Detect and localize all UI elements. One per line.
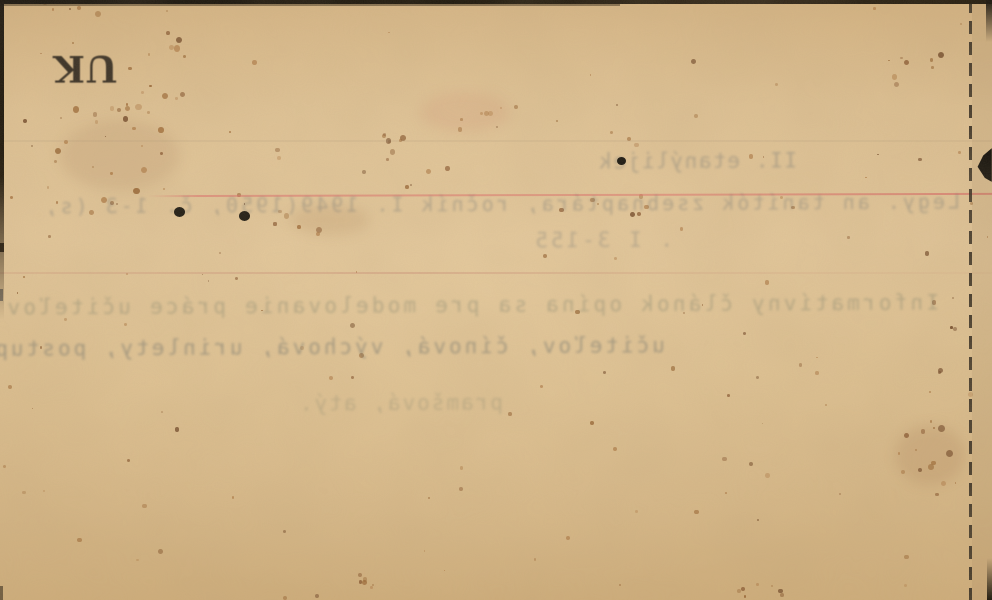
ghost-text-line: . I 3-155 — [533, 228, 673, 253]
speckle — [229, 131, 231, 133]
speckle — [232, 496, 234, 498]
scan-edge-right-top — [986, 0, 992, 42]
speckle — [351, 376, 354, 379]
speckle — [275, 148, 279, 152]
speckle — [958, 151, 961, 154]
speckle — [825, 404, 827, 406]
speckle — [127, 459, 130, 462]
speckle — [31, 145, 33, 147]
speckle — [680, 227, 684, 231]
speckle — [566, 536, 570, 540]
speckle — [363, 577, 368, 582]
speckle — [610, 131, 613, 134]
speckle — [931, 461, 936, 466]
speckle — [744, 595, 746, 597]
speckle — [925, 251, 929, 255]
speckle — [941, 481, 946, 486]
speckle — [603, 371, 606, 374]
scan-edge-left — [0, 0, 4, 320]
speckle — [635, 510, 638, 513]
speckle — [126, 273, 128, 275]
speckle — [756, 583, 759, 586]
speckle — [174, 45, 181, 52]
speckle — [208, 280, 210, 282]
speckle — [400, 135, 406, 141]
speckle — [362, 170, 366, 174]
speckle — [780, 593, 784, 597]
speckle — [960, 23, 962, 25]
speckle — [671, 366, 675, 370]
speckle — [938, 52, 944, 58]
speckle — [219, 252, 221, 254]
speckle — [141, 167, 147, 173]
speckle — [23, 276, 25, 278]
speckle — [627, 137, 631, 141]
speckle — [141, 91, 144, 94]
speckle — [514, 105, 518, 109]
speckle — [358, 573, 362, 577]
speckle — [158, 127, 163, 132]
speckle — [460, 466, 464, 470]
speckle — [48, 235, 51, 238]
speckle — [428, 497, 430, 499]
speckle — [158, 549, 163, 554]
speckle — [445, 166, 449, 170]
speckle — [496, 126, 498, 128]
speckle — [43, 490, 44, 491]
fold-shading — [972, 0, 992, 600]
speckle — [900, 57, 903, 60]
library-stamp-uk: UK — [52, 42, 118, 92]
speckle — [142, 504, 146, 508]
speckle — [727, 394, 730, 397]
speckle — [386, 138, 392, 144]
speckle — [386, 158, 389, 161]
speckle — [765, 280, 769, 284]
speckle — [749, 462, 753, 466]
speckle — [904, 555, 909, 560]
speckle — [162, 93, 168, 99]
speckle — [556, 120, 558, 122]
speckle — [938, 371, 941, 374]
speckle — [877, 154, 879, 156]
speckle — [315, 594, 319, 598]
speckle — [22, 491, 25, 494]
speckle — [370, 586, 373, 589]
speckle — [202, 274, 204, 276]
speckle — [52, 8, 54, 10]
speckle — [815, 371, 819, 375]
ghost-text-line: pramšová, atý. — [283, 390, 503, 415]
speckle — [95, 120, 98, 123]
speckle — [953, 327, 957, 331]
speckle — [383, 133, 386, 136]
speckle — [930, 420, 933, 423]
speckle — [176, 37, 182, 43]
speckle — [283, 596, 287, 600]
ghost-text-line: Legy. an tanítók zsebnaptára, ročník I. … — [8, 190, 960, 219]
speckle — [458, 127, 462, 131]
speckle — [273, 222, 276, 225]
speckle — [904, 433, 909, 438]
speckle — [405, 185, 409, 189]
speckle — [534, 558, 537, 561]
speckle — [132, 127, 135, 130]
speckle — [149, 85, 151, 87]
speckle — [722, 457, 727, 462]
ink-dot — [239, 211, 250, 221]
speckle — [616, 104, 618, 106]
speckle — [110, 106, 114, 110]
speckle — [543, 254, 547, 258]
speckle — [894, 82, 899, 87]
speckle — [147, 111, 150, 114]
speckle — [952, 297, 954, 299]
speckle — [614, 257, 617, 260]
speckle — [8, 385, 12, 389]
speckle — [161, 411, 163, 413]
speckle — [166, 10, 168, 12]
speckle — [743, 332, 746, 335]
speckle — [316, 232, 321, 237]
speckle — [123, 116, 128, 121]
scan-edge-top-fade — [0, 4, 620, 6]
speckle — [613, 447, 617, 451]
speckle — [918, 158, 922, 162]
speckle — [388, 32, 390, 34]
speckle — [935, 493, 939, 497]
speckle — [955, 482, 957, 484]
speckle — [77, 6, 81, 10]
speckle — [694, 510, 698, 514]
speckle — [691, 59, 696, 64]
speckle — [634, 143, 638, 147]
speckle — [3, 465, 6, 468]
speckle — [60, 117, 63, 120]
speckle — [892, 74, 898, 80]
speckle — [765, 473, 770, 478]
speckle — [175, 427, 180, 432]
speckle — [350, 323, 355, 328]
speckle — [757, 519, 759, 521]
speckle — [424, 550, 426, 552]
speckle — [126, 103, 129, 106]
ghost-text-line: učiteľov, čínová, výchová, urinlety, pos… — [0, 333, 665, 360]
speckle — [929, 391, 931, 393]
speckle — [888, 60, 890, 62]
speckle — [865, 177, 867, 179]
speckle — [390, 149, 395, 154]
speckle — [771, 585, 773, 587]
speckle — [93, 112, 97, 116]
speckle — [898, 452, 901, 455]
speckle — [283, 530, 286, 533]
speckle — [47, 186, 50, 189]
speckle — [741, 587, 745, 591]
speckle — [125, 106, 131, 112]
speckle — [540, 385, 543, 388]
speckle — [933, 427, 935, 429]
speckle — [77, 538, 82, 543]
speckle — [23, 119, 27, 123]
speckle — [32, 408, 34, 410]
speckle — [444, 570, 446, 572]
speckle — [110, 172, 112, 174]
speckle — [816, 357, 818, 359]
speckle — [410, 184, 412, 186]
speckle — [17, 292, 18, 293]
speckle — [799, 363, 803, 367]
speckle — [128, 67, 132, 71]
speckle — [329, 376, 333, 380]
speckle — [756, 376, 759, 379]
speckle — [135, 104, 141, 110]
speckle — [459, 487, 463, 491]
speckle — [148, 53, 151, 56]
speckle — [775, 83, 778, 86]
speckle — [901, 470, 905, 474]
speckle — [508, 412, 512, 416]
speckle — [136, 559, 138, 561]
speckle — [619, 584, 621, 586]
scan-edge-right-bottom — [987, 558, 992, 600]
perforation-dashed-line — [969, 0, 972, 600]
speckle — [930, 58, 933, 61]
speckle — [904, 60, 910, 66]
speckle — [235, 277, 238, 280]
speckle — [921, 429, 926, 434]
speckle — [356, 271, 358, 273]
speckle — [725, 492, 727, 494]
speckle — [460, 118, 463, 121]
speckle — [904, 584, 907, 587]
speckle — [426, 169, 431, 174]
speckle — [297, 225, 301, 229]
speckle — [95, 11, 101, 17]
speckle — [55, 148, 61, 154]
speckle — [762, 423, 764, 425]
catalog-card-scan: II. etanýlijek Legy. an tanítók zsebnapt… — [0, 0, 992, 600]
speckle — [64, 140, 68, 144]
ink-dot — [174, 207, 185, 217]
speckle — [117, 108, 121, 112]
speckle — [277, 156, 281, 160]
speckle — [175, 97, 177, 99]
speckle — [847, 236, 849, 238]
speckle — [54, 160, 57, 163]
ruling-line-faint — [0, 272, 992, 274]
speckle — [40, 53, 42, 55]
speckle — [183, 55, 186, 58]
speckle — [163, 188, 165, 190]
speckle — [252, 60, 257, 65]
speckle — [133, 188, 139, 194]
speckle — [931, 66, 934, 69]
speckle — [69, 8, 71, 10]
ghost-text-line: Informatívny článok opína sa pre modelov… — [4, 291, 939, 320]
speckle — [873, 7, 876, 10]
speckle — [839, 493, 841, 495]
speckle — [180, 92, 185, 97]
speckle — [590, 421, 594, 425]
speckle — [166, 31, 170, 35]
scan-edge-left-bottom — [0, 586, 3, 600]
ink-dot — [617, 157, 626, 165]
speckle — [124, 323, 127, 326]
speckle — [694, 114, 698, 118]
speckle — [590, 74, 592, 76]
speckle — [73, 106, 80, 113]
speckle — [160, 152, 163, 155]
speckle — [928, 464, 934, 470]
